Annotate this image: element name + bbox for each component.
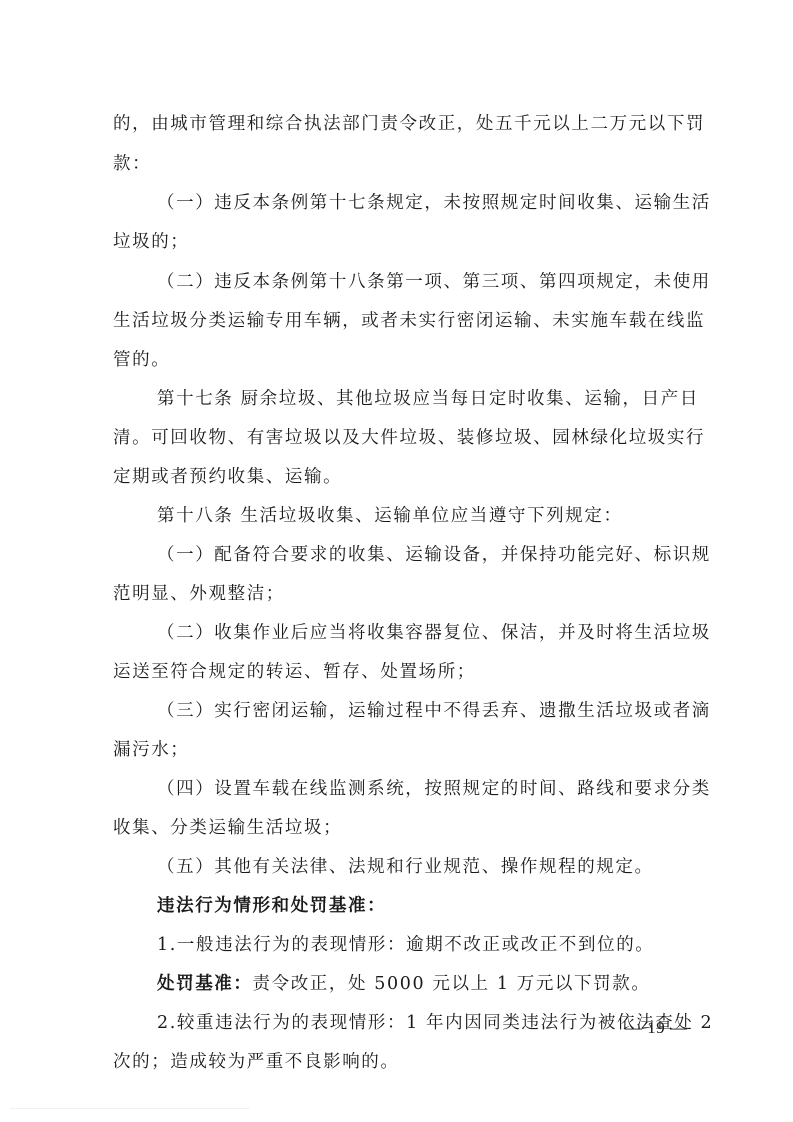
paragraph-line: 范明显、外观整洁；: [113, 582, 285, 606]
paragraph-line: （二）违反本条例第十八条第一项、第三项、第四项规定，未使用: [157, 270, 711, 294]
paragraph-line: 垃圾的；: [113, 230, 189, 254]
paragraph-line: （三）实行密闭运输，运输过程中不得丢弃、遗撒生活垃圾或者滴: [157, 699, 711, 723]
basis-heading: 违法行为情形和处罚基准：: [157, 894, 386, 918]
paragraph-line: （一）违反本条例第十七条规定，未按照规定时间收集、运输生活: [157, 191, 711, 215]
paragraph-line: 款：: [113, 152, 151, 176]
paragraph-line: 定期或者预约收集、运输。: [113, 465, 342, 489]
paragraph-line: 漏污水；: [113, 738, 189, 762]
paragraph-line: 收集、分类运输生活垃圾；: [113, 816, 342, 840]
scan-artifact-line: [10, 1108, 250, 1109]
penalty-basis-text: 责令改正，处 5000 元以上 1 万元以下罚款。: [253, 974, 651, 994]
penalty-basis-label: 处罚基准：: [157, 974, 253, 994]
paragraph-line: 运送至符合规定的转运、暂存、处置场所；: [113, 660, 476, 684]
paragraph-line: （四）设置车载在线监测系统，按照规定的时间、路线和要求分类: [157, 777, 711, 801]
paragraph-line: 的，由城市管理和综合执法部门责令改正，处五千元以上二万元以下罚: [113, 112, 705, 136]
article-17-line: 第十七条 厨余垃圾、其他垃圾应当每日定时收集、运输，日产日: [157, 387, 699, 411]
paragraph-line: （二）收集作业后应当将收集容器复位、保洁，并及时将生活垃圾: [157, 621, 711, 645]
paragraph-line: 生活垃圾分类运输专用车辆，或者未实行密闭运输、未实施车载在线监: [113, 309, 705, 333]
paragraph-line: （一）配备符合要求的收集、运输设备，并保持功能完好、标识规: [157, 543, 711, 567]
paragraph-line: （五）其他有关法律、法规和行业规范、操作规程的规定。: [157, 855, 654, 879]
general-violation-item: 1.一般违法行为的表现情形：逾期不改正或改正不到位的。: [157, 933, 654, 957]
article-18-line: 第十八条 生活垃圾收集、运输单位应当遵守下列规定：: [157, 504, 623, 528]
penalty-basis-line: 处罚基准：责令改正，处 5000 元以上 1 万元以下罚款。: [157, 972, 650, 996]
paragraph-line: 清。可回收物、有害垃圾以及大件垃圾、装修垃圾、园林绿化垃圾实行: [113, 426, 705, 450]
paragraph-line: 次的；造成较为严重不良影响的。: [113, 1050, 400, 1074]
paragraph-line: 管的。: [113, 348, 170, 372]
page-number: — 19 —: [625, 1018, 688, 1038]
